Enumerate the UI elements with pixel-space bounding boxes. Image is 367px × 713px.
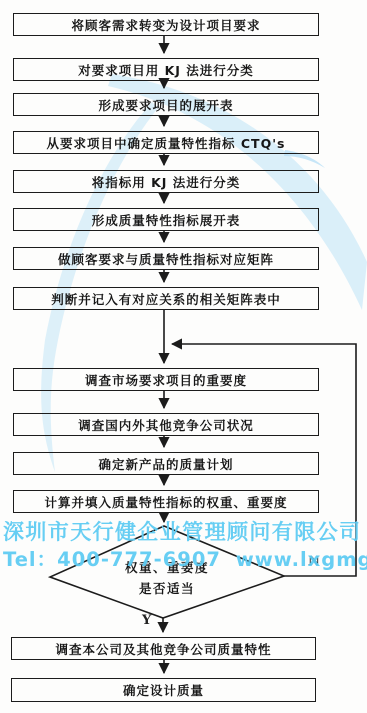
flow-step-label: 调查市场要求项目的重要度 [85,371,247,389]
watermark-company-text: 深圳市天行健企业管理顾问有限公司 [3,516,361,546]
flow-step-set-design-quality: 确定设计质量 [11,678,316,702]
flow-step-label: 将顾客需求转变为设计项目要求 [71,16,260,34]
flow-step-label: 做顾客要求与质量特性指标对应矩阵 [58,250,274,268]
flow-step-label: 将指标用 KJ 法进行分类 [92,173,241,191]
flow-step-label: 从要求项目中确定质量特性指标 CTQ's [47,134,286,152]
flow-step-label: 判断并记入有对应关系的相关矩阵表中 [51,290,281,308]
flow-step-record-relations: 判断并记入有对应关系的相关矩阵表中 [13,287,319,310]
flow-step-label: 确定新产品的质量计划 [98,455,233,473]
flow-step-requirement-table: 形成要求项目的展开表 [13,93,319,116]
flow-step-quality-plan: 确定新产品的质量计划 [13,452,319,475]
flow-step-label: 对要求项目用 KJ 法进行分类 [78,61,254,79]
flow-step-label: 形成要求项目的展开表 [98,96,233,114]
flow-step-correspondence-matrix: 做顾客要求与质量特性指标对应矩阵 [13,247,319,270]
decision-line1: 权重、重要度 [87,557,247,578]
flow-step-market-importance: 调查市场要求项目的重要度 [13,368,319,391]
no-branch-label: N [308,554,320,569]
decision-line2: 是否适当 [87,578,247,599]
flow-step-determine-ctq: 从要求项目中确定质量特性指标 CTQ's [13,131,319,154]
flow-step-label: 确定设计质量 [123,681,204,699]
flow-step-company-quality-survey: 调查本公司及其他竞争公司质量特性 [11,637,316,660]
flow-step-label: 调查本公司及其他竞争公司质量特性 [55,640,271,658]
flow-step-calc-weights: 计算并填入质量特性指标的权重、重要度 [13,490,319,513]
flow-step-competitor-survey: 调查国内外其他竞争公司状况 [13,413,319,436]
flow-step-indicator-table: 形成质量特性指标展开表 [13,208,319,231]
flow-step-kj-classify-indicators: 将指标用 KJ 法进行分类 [13,170,319,193]
decision-text: 权重、重要度 是否适当 [87,557,247,599]
flow-step-customer-needs: 将顾客需求转变为设计项目要求 [13,13,319,36]
flow-step-label: 形成质量特性指标展开表 [92,211,241,229]
flow-step-label: 计算并填入质量特性指标的权重、重要度 [44,493,287,511]
flow-step-label: 调查国内外其他竞争公司状况 [78,416,254,434]
flow-step-kj-classify-requirements: 对要求项目用 KJ 法进行分类 [13,58,319,81]
yes-branch-label: Y [142,613,151,628]
flowchart-canvas: 将顾客需求转变为设计项目要求 对要求项目用 KJ 法进行分类 形成要求项目的展开… [0,0,367,713]
